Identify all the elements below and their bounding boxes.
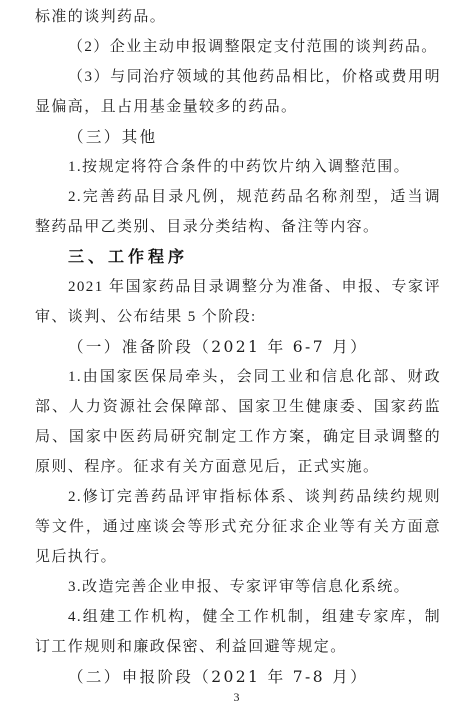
list-item-2-negotiated-drugs: （2）企业主动申报调整限定支付范围的谈判药品。: [35, 32, 441, 62]
paragraph-continuation: 标准的谈判药品。: [35, 2, 441, 32]
subsection-heading-preparation-stage: （一）准备阶段（2021 年 6-7 月）: [35, 332, 441, 362]
document-content: 标准的谈判药品。 （2）企业主动申报调整限定支付范围的谈判药品。 （3）与同治疗…: [0, 0, 473, 692]
numbered-item-2-revise-rules: 2.修订完善药品评审指标体系、谈判药品续约规则等文件，通过座谈会等形式充分征求企…: [35, 482, 441, 572]
numbered-item-2-catalog-rules: 2.完善药品目录凡例，规范药品名称剂型，适当调整药品甲乙类别、目录分类结构、备注…: [35, 182, 441, 242]
numbered-item-1-tcm-pieces: 1.按规定将符合条件的中药饮片纳入调整范围。: [35, 152, 441, 182]
page-number: 3: [0, 690, 473, 705]
numbered-item-3-information-systems: 3.改造完善企业申报、专家评审等信息化系统。: [35, 572, 441, 602]
list-item-3-price-comparison: （3）与同治疗领域的其他药品相比，价格或费用明显偏高，且占用基金量较多的药品。: [35, 62, 441, 122]
section-heading-work-procedure: 三、工作程序: [35, 242, 441, 272]
subsection-heading-other: （三）其他: [35, 122, 441, 152]
subsection-heading-application-stage: （二）申报阶段（2021 年 7-8 月）: [35, 662, 441, 692]
numbered-item-4-work-organization: 4.组建工作机构，健全工作机制，组建专家库，制订工作规则和廉政保密、利益回避等规…: [35, 602, 441, 662]
numbered-item-1-work-plan: 1.由国家医保局牵头，会同工业和信息化部、财政部、人力资源社会保障部、国家卫生健…: [35, 362, 441, 482]
paragraph-stages-overview: 2021 年国家药品目录调整分为准备、申报、专家评审、谈判、公布结果 5 个阶段…: [35, 272, 441, 332]
document-page: 标准的谈判药品。 （2）企业主动申报调整限定支付范围的谈判药品。 （3）与同治疗…: [0, 0, 473, 711]
